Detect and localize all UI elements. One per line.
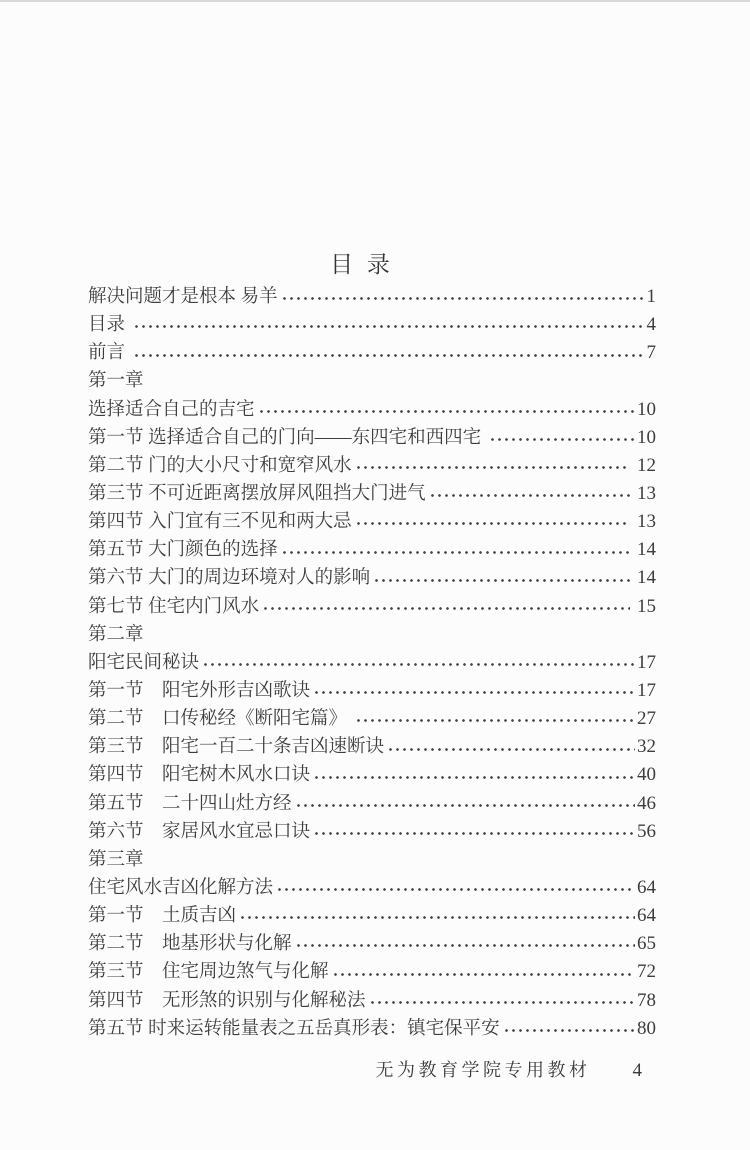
dot-leader [429,480,631,508]
toc-entry-page: 72 [637,958,656,986]
toc-entry-label: 第三章 [88,846,144,874]
toc-entry: 第四节 无形煞的识别与化解秘法 78 [88,987,656,1015]
dot-leader [295,790,635,818]
toc-entry: 第一节 土质吉凶 64 [88,902,656,930]
toc-entry-label: 第四节 入门宜有三不见和两大忌 [88,508,352,536]
toc-entry-label: 第五节 二十四山灶方经 [88,790,292,818]
dot-leader [332,958,635,986]
toc-entry: 第三节 不可近距离摆放屏风阻挡大门进气 13 [88,480,656,508]
toc-entry-label: 第二节 口传秘经《断阳宅篇》 [88,705,352,733]
toc-entry-page: 15 [632,593,656,621]
toc-entry: 目录 4 [88,311,656,339]
toc-entry-label: 第三节 住宅周边煞气与化解 [88,958,329,986]
toc-entry-label: 第二节 地基形状与化解 [88,930,292,958]
toc-entry-page: 14 [632,536,656,564]
toc-entry-label: 第一节 阳宅外形吉凶歌诀 [88,677,310,705]
dot-leader [295,930,635,958]
scanned-book-page: { "brand_column": { "logo_icon": "crown-… [0,0,750,1150]
dot-leader [313,818,635,846]
toc-entry: 第五节 二十四山灶方经 46 [88,790,656,818]
toc-entry: 第五节 大门颜色的选择 14 [88,536,656,564]
toc-entry: 解决问题才是根本 易羊 1 [88,283,656,311]
dot-leader [239,902,635,930]
toc-entry: 第三节 住宅周边煞气与化解 72 [88,958,656,986]
toc-entry-page: 32 [637,733,656,761]
toc-entry-label: 第六节 大门的周边环境对人的影响 [88,564,370,592]
toc-entry: 第四节 阳宅树木风水口诀 40 [88,761,656,789]
toc-entry-label: 第七节 住宅内门风水 [88,593,259,621]
toc-entry-label: 第一节 选择适合自己的门向——东四宅和西四宅 [88,424,486,452]
toc-entry: 第一章 [88,367,656,395]
brand-column: 无为向化 万物皆有定数 万难皆有解数 [690,0,750,1150]
toc-entry: 选择适合自己的吉宅 10 [88,396,656,424]
toc-entry-label: 第三节 阳宅一百二十条吉凶速断诀 [88,733,384,761]
toc-entry: 第六节 大门的周边环境对人的影响 14 [88,564,656,592]
dot-leader [503,1015,635,1043]
toc-entry: 第三章 [88,846,656,874]
toc-entry: 第五节 时来运转能量表之五岳真形表：镇宅保平安 80 [88,1015,656,1043]
toc-list: 解决问题才是根本 易羊 1 目录 4 前言 7 第一章 选择适合自己的吉宅 10… [88,283,656,1043]
toc-entry: 第二节 地基形状与化解 65 [88,930,656,958]
toc-entry-page: 1 [647,283,657,311]
dot-leader [355,452,631,480]
toc-entry-label: 住宅风水吉凶化解方法 [88,874,273,902]
dot-leader [355,508,631,536]
toc-entry-page: 12 [632,452,656,480]
toc-entry: 第六节 家居风水宜忌口诀 56 [88,818,656,846]
toc-entry-page: 78 [637,987,656,1015]
toc-entry-page: 64 [637,902,656,930]
dot-leader [281,283,645,311]
dot-leader [262,593,630,621]
dot-leader [276,874,635,902]
toc-entry-label: 第四节 阳宅树木风水口诀 [88,761,310,789]
toc-entry: 第二节 口传秘经《断阳宅篇》 27 [88,705,656,733]
toc-entry-page: 17 [637,677,656,705]
toc-entry-page: 4 [647,311,657,339]
toc-entry-label: 解决问题才是根本 易羊 [88,283,278,311]
toc-entry: 第三节 阳宅一百二十条吉凶速断诀 32 [88,733,656,761]
toc-entry-label: 阳宅民间秘诀 [88,649,199,677]
toc-entry-label: 第二章 [88,621,144,649]
toc-entry: 第七节 住宅内门风水 15 [88,593,656,621]
toc-entry-page: 10 [637,424,656,452]
toc-entry-label: 第四节 无形煞的识别与化解秘法 [88,987,366,1015]
toc-entry-label: 第五节 大门颜色的选择 [88,536,278,564]
toc-entry: 第二章 [88,621,656,649]
footer-page-number: 4 [633,1057,643,1085]
toc-content: 目 录 解决问题才是根本 易羊 1 目录 4 前言 7 第一章 选择适合自己的吉… [88,250,656,1043]
toc-entry-label: 第一章 [88,367,144,395]
toc-entry-label: 第三节 不可近距离摆放屏风阻挡大门进气 [88,480,426,508]
toc-entry-label: 第二节 门的大小尺寸和宽窄风水 [88,452,352,480]
toc-entry-page: 65 [637,930,656,958]
dot-leader [313,677,635,705]
toc-entry-label: 目录 [88,311,130,339]
dot-leader [133,311,645,339]
toc-title: 目 录 [78,250,646,283]
toc-entry-label: 第六节 家居风水宜忌口诀 [88,818,310,846]
footer-imprint-text: 无为教育学院专用教材 [376,1056,591,1084]
toc-entry-label: 第一节 土质吉凶 [88,902,236,930]
toc-entry-page: 27 [637,705,656,733]
toc-entry: 阳宅民间秘诀 17 [88,649,656,677]
toc-entry: 第四节 入门宜有三不见和两大忌 13 [88,508,656,536]
dot-leader [373,564,630,592]
toc-entry-label: 选择适合自己的吉宅 [88,396,255,424]
dot-leader [281,536,631,564]
toc-entry-page: 10 [637,396,656,424]
toc-entry-page: 46 [637,790,656,818]
toc-entry-page: 13 [632,480,656,508]
dot-leader [258,396,635,424]
toc-entry-page: 14 [632,564,656,592]
dot-leader [355,705,635,733]
dot-leader [369,987,635,1015]
toc-entry-page: 64 [637,874,656,902]
dot-leader [313,761,635,789]
toc-entry-page: 80 [637,1015,656,1043]
toc-entry: 前言 7 [88,339,656,367]
dot-leader [387,733,635,761]
dot-leader [489,424,635,452]
toc-entry-page: 13 [632,508,656,536]
toc-entry: 住宅风水吉凶化解方法 64 [88,874,656,902]
page-footer: 无为教育学院专用教材 4 [88,1056,656,1084]
toc-entry-page: 40 [637,761,656,789]
toc-entry: 第一节 阳宅外形吉凶歌诀 17 [88,677,656,705]
dot-leader [133,339,645,367]
toc-entry-page: 17 [637,649,656,677]
toc-entry-label: 前言 [88,339,130,367]
dot-leader [202,649,635,677]
toc-entry-page: 56 [637,818,656,846]
toc-entry-page: 7 [647,339,657,367]
scan-top-edge [0,0,750,2]
toc-entry: 第二节 门的大小尺寸和宽窄风水 12 [88,452,656,480]
toc-entry: 第一节 选择适合自己的门向——东四宅和西四宅 10 [88,424,656,452]
toc-entry-label: 第五节 时来运转能量表之五岳真形表：镇宅保平安 [88,1015,500,1043]
